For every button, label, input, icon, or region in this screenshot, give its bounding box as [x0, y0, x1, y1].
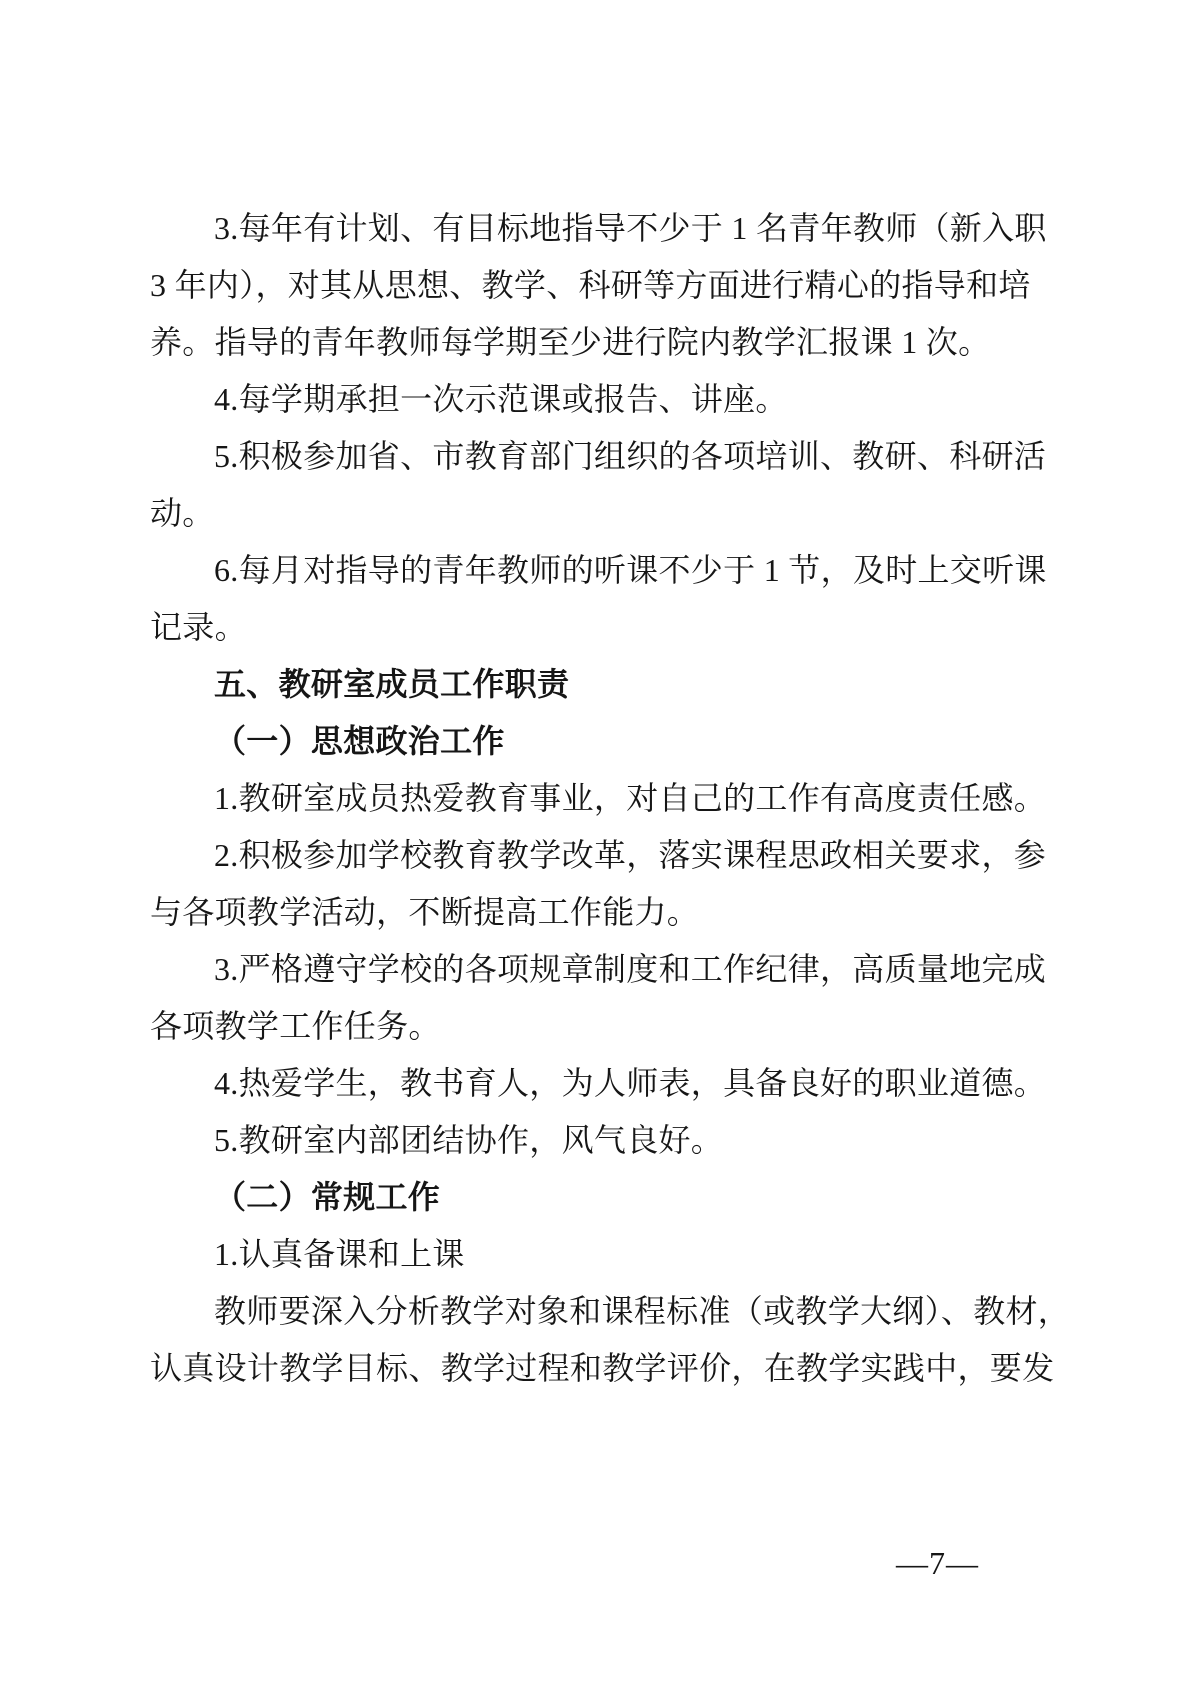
- paragraph-line: 5.积极参加省、市教育部门组织的各项培训、教研、科研活: [150, 428, 1050, 485]
- paragraph-line: 教师要深入分析教学对象和课程标准（或教学大纲）、教材，: [150, 1283, 1050, 1340]
- subsection-heading: （一）思想政治工作: [150, 713, 1050, 770]
- paragraph-line: 各项教学工作任务。: [150, 998, 1050, 1055]
- paragraph-line: 认真设计教学目标、教学过程和教学评价，在教学实践中，要发: [150, 1340, 1050, 1397]
- page-number: —7—: [896, 1538, 979, 1588]
- document-body: 3.每年有计划、有目标地指导不少于 1 名青年教师（新入职 3 年内），对其从思…: [150, 200, 1050, 1397]
- paragraph-line: 5.教研室内部团结协作，风气良好。: [150, 1112, 1050, 1169]
- paragraph-line: 3 年内），对其从思想、教学、科研等方面进行精心的指导和培: [150, 257, 1050, 314]
- paragraph-line: 1.教研室成员热爱教育事业，对自己的工作有高度责任感。: [150, 770, 1050, 827]
- section-heading: 五、教研室成员工作职责: [150, 656, 1050, 713]
- paragraph-line: 4.热爱学生，教书育人，为人师表，具备良好的职业道德。: [150, 1055, 1050, 1112]
- paragraph-line: 养。指导的青年教师每学期至少进行院内教学汇报课 1 次。: [150, 314, 1050, 371]
- paragraph-line: 6.每月对指导的青年教师的听课不少于 1 节，及时上交听课: [150, 542, 1050, 599]
- paragraph-line: 3.严格遵守学校的各项规章制度和工作纪律，高质量地完成: [150, 941, 1050, 998]
- paragraph-line: 2.积极参加学校教育教学改革，落实课程思政相关要求，参: [150, 827, 1050, 884]
- subsection-heading: （二）常规工作: [150, 1169, 1050, 1226]
- paragraph-line: 记录。: [150, 599, 1050, 656]
- paragraph-line: 1.认真备课和上课: [150, 1226, 1050, 1283]
- paragraph-line: 动。: [150, 485, 1050, 542]
- paragraph-line: 3.每年有计划、有目标地指导不少于 1 名青年教师（新入职: [150, 200, 1050, 257]
- document-page: 3.每年有计划、有目标地指导不少于 1 名青年教师（新入职 3 年内），对其从思…: [0, 0, 1191, 1684]
- paragraph-line: 与各项教学活动，不断提高工作能力。: [150, 884, 1050, 941]
- paragraph-line: 4.每学期承担一次示范课或报告、讲座。: [150, 371, 1050, 428]
